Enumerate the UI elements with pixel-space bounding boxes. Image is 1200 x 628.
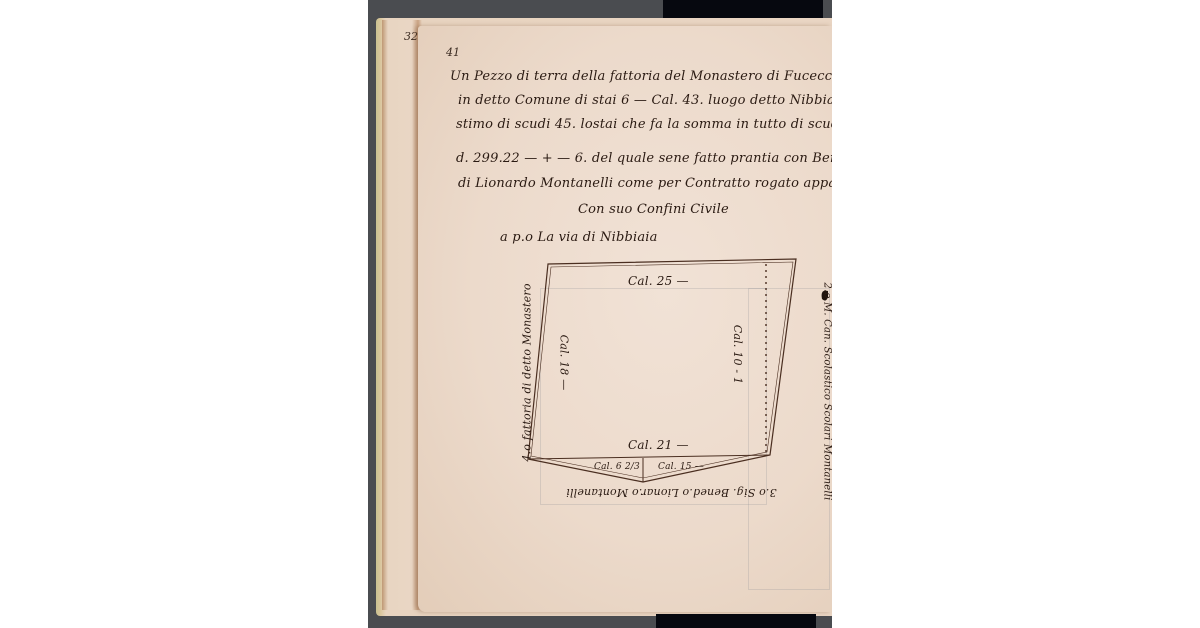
folio-number-left: 32 — [404, 30, 418, 43]
page-edges — [382, 20, 422, 610]
scan-background-bottom — [656, 614, 816, 628]
bottom-side-measure: Cal. 21 — — [628, 438, 689, 452]
land-plot-diagram — [418, 26, 832, 612]
top-side-measure: Cal. 25 — — [628, 274, 689, 288]
right-side-measure: Cal. 10 - 1 — [731, 325, 744, 384]
bottom-border-label: 3.o Sig. Bened.o Lionar.o Montanelli — [566, 486, 777, 499]
bottom-left-segment-measure: Cal. 6 2/3 — [594, 462, 640, 472]
manuscript-page: 41 Un Pezzo di terra della fattoria del … — [418, 26, 832, 612]
bottom-right-segment-measure: Cal. 15 — — [658, 462, 704, 472]
left-side-measure: Cal. 18 — — [557, 335, 570, 391]
right-border-label: 2.o M. Can. Scolastico Scolari Montanell… — [822, 282, 832, 500]
manuscript-scan: 32 41 Un Pezzo di terra della fattoria d… — [368, 0, 832, 628]
left-border-label: 4.o fattoria di detto Monastero — [521, 283, 534, 461]
